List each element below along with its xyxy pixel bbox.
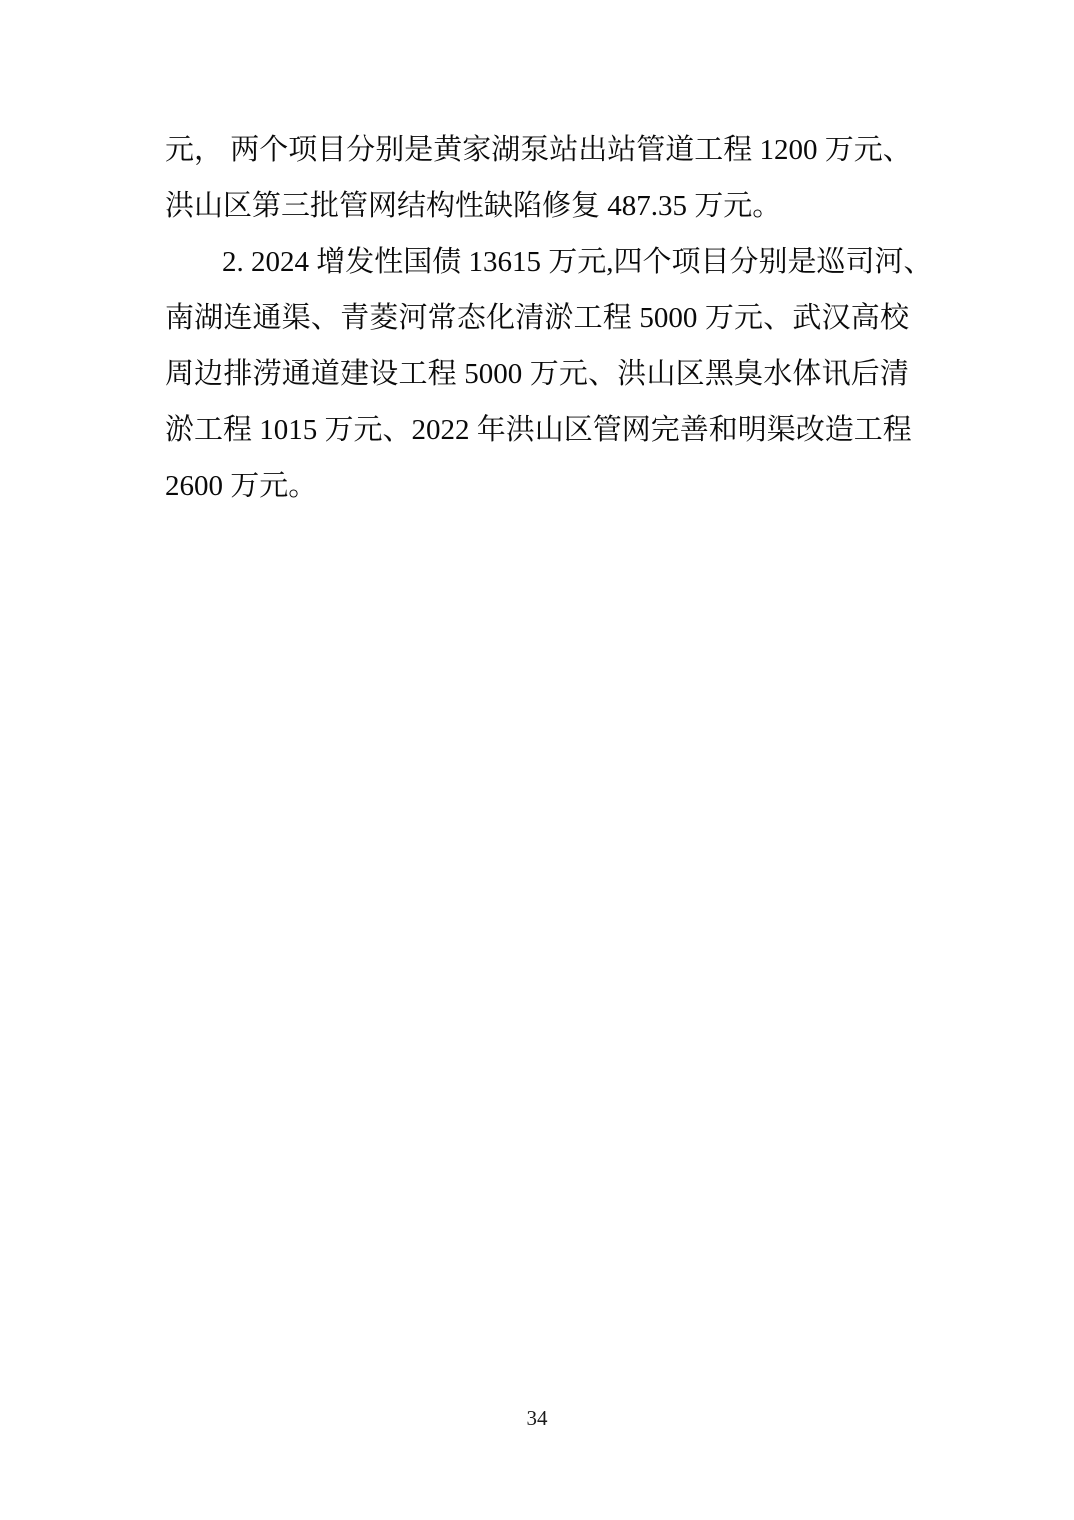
text-line-5: 周边排涝通道建设工程 5000 万元、洪山区黑臭水体讯后清	[165, 346, 909, 402]
text-line-1: 元， 两个项目分别是黄家湖泵站出站管道工程 1200 万元、	[165, 122, 909, 178]
document-page: 元， 两个项目分别是黄家湖泵站出站管道工程 1200 万元、 洪山区第三批管网结…	[0, 0, 1074, 1520]
text-line-7: 2600 万元。	[165, 458, 909, 514]
body-text: 元， 两个项目分别是黄家湖泵站出站管道工程 1200 万元、 洪山区第三批管网结…	[165, 122, 909, 514]
page-number: 34	[0, 1405, 1074, 1431]
text-line-6: 淤工程 1015 万元、2022 年洪山区管网完善和明渠改造工程	[165, 402, 909, 458]
text-line-2: 洪山区第三批管网结构性缺陷修复 487.35 万元。	[165, 178, 909, 234]
text-line-4: 南湖连通渠、青菱河常态化清淤工程 5000 万元、武汉高校	[165, 290, 909, 346]
text-line-3: 2. 2024 增发性国债 13615 万元,四个项目分别是巡司河、	[165, 234, 909, 290]
